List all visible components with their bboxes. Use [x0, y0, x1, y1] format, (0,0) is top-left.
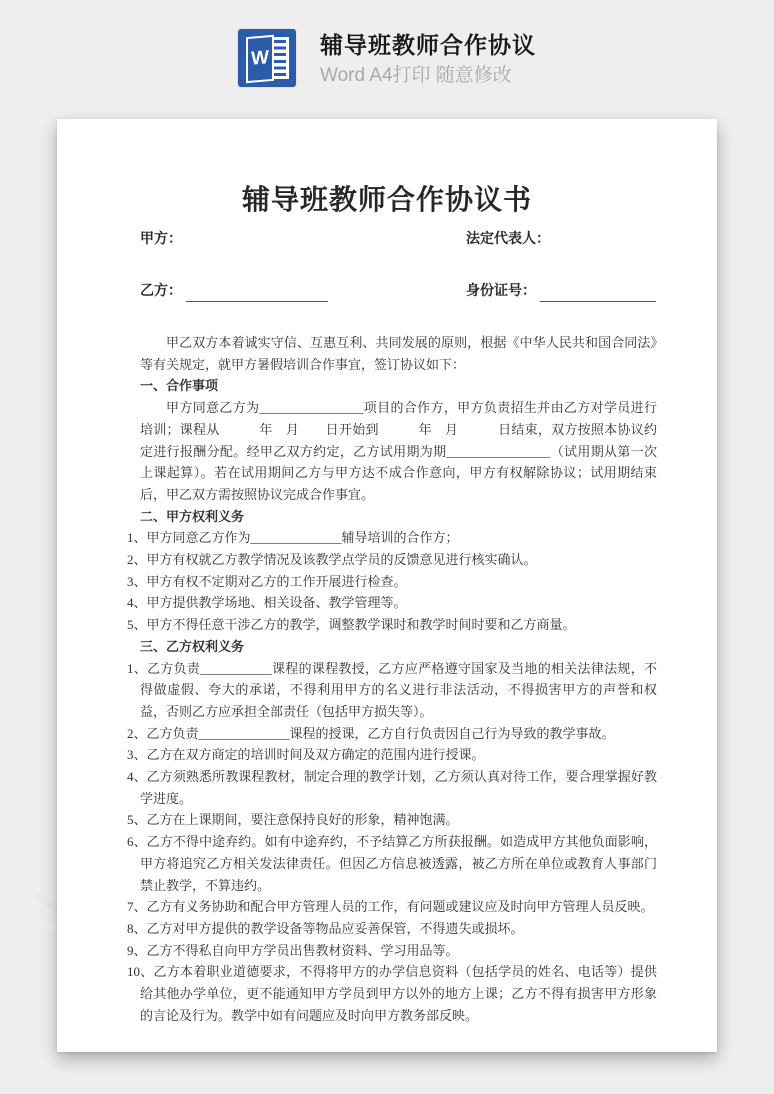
section-1-heading: 一、合作事项 — [140, 375, 657, 397]
section-3-heading: 三、乙方权利义务 — [140, 636, 657, 658]
clause-item: 3、甲方有权不定期对乙方的工作开展进行检查。 — [140, 571, 657, 593]
clause-item: 10、乙方本着职业道德要求，不得将甲方的办学信息资料（包括学员的姓名、电话等）提… — [140, 961, 657, 1026]
clause-item: 1、乙方负责___________课程的课程教授，乙方应严格遵守国家及当地的相关… — [140, 658, 657, 723]
party-b-label: 乙方： — [140, 282, 182, 302]
section-2-items: 1、甲方同意乙方作为______________辅导培训的合作方； 2、甲方有权… — [140, 527, 657, 636]
legal-rep-label: 法定代表人： — [466, 230, 550, 250]
template-header: W 辅导班教师合作协议 Word A4打印 随意修改 — [0, 29, 774, 89]
word-icon-letter: W — [251, 47, 269, 71]
template-subtitle: Word A4打印 随意修改 — [320, 63, 536, 89]
section-3-items: 1、乙方负责___________课程的课程教授，乙方应严格遵守国家及当地的相关… — [140, 658, 657, 1027]
id-number-blank-line — [540, 285, 656, 302]
document-title: 辅导班教师合作协议书 — [57, 181, 717, 221]
clause-item: 4、甲方提供教学场地、相关设备、教学管理等。 — [140, 592, 657, 614]
clause-item: 9、乙方不得私自向甲方学员出售教材资料、学习用品等。 — [140, 940, 657, 962]
header-text: 辅导班教师合作协议 Word A4打印 随意修改 — [320, 29, 536, 89]
clause-item: 5、乙方在上课期间，要注意保持良好的形象，精神饱满。 — [140, 809, 657, 831]
section-2-heading: 二、甲方权利义务 — [140, 506, 657, 528]
clause-item: 5、甲方不得任意干涉乙方的教学，调整教学课时和教学时间时要和乙方商量。 — [140, 614, 657, 636]
clause-item: 3、乙方在双方商定的培训时间及双方确定的范围内进行授课。 — [140, 744, 657, 766]
intro-paragraph: 甲乙双方本着诚实守信、互惠互利、共同发展的原则，根据《中华人民共和国合同法》等有… — [140, 332, 657, 375]
clause-item: 7、乙方有义务协助和配合甲方管理人员的工作，有问题或建议应及时向甲方管理人员反映… — [140, 896, 657, 918]
word-icon-w-sheet: W — [246, 35, 274, 83]
document-page: 辅导班教师合作协议书 甲方： 法定代表人： 乙方： 身份证号： 甲乙双方本着诚实… — [57, 119, 717, 1052]
clause-item: 6、乙方不得中途弃约。如有中途弃约，不予结算乙方所获报酬。如造成甲方其他负面影响… — [140, 831, 657, 896]
clause-item: 8、乙方对甲方提供的教学设备等物品应妥善保管，不得遗失或损坏。 — [140, 918, 657, 940]
word-icon: W — [238, 29, 296, 87]
template-title: 辅导班教师合作协议 — [320, 30, 536, 60]
party-row-2: 乙方： 身份证号： — [140, 282, 657, 302]
section-1-paragraph: 甲方同意乙方为________________项目的合作方，甲方负责招生并由乙方… — [140, 397, 657, 506]
clause-item: 1、甲方同意乙方作为______________辅导培训的合作方； — [140, 527, 657, 549]
party-row-1: 甲方： 法定代表人： — [140, 230, 657, 250]
agreement-body: 甲乙双方本着诚实守信、互惠互利、共同发展的原则，根据《中华人民共和国合同法》等有… — [140, 332, 657, 1027]
clause-item: 4、乙方须熟悉所教课程教材，制定合理的教学计划，乙方须认真对待工作，要合理掌握好… — [140, 766, 657, 809]
id-number-label: 身份证号： — [466, 282, 536, 302]
party-a-label: 甲方： — [140, 230, 182, 250]
clause-item: 2、甲方有权就乙方教学情况及该教学点学员的反馈意见进行核实确认。 — [140, 549, 657, 571]
party-b-blank-line — [186, 285, 328, 302]
clause-item: 2、乙方负责______________课程的授课，乙方自行负责因自己行为导致的… — [140, 723, 657, 745]
